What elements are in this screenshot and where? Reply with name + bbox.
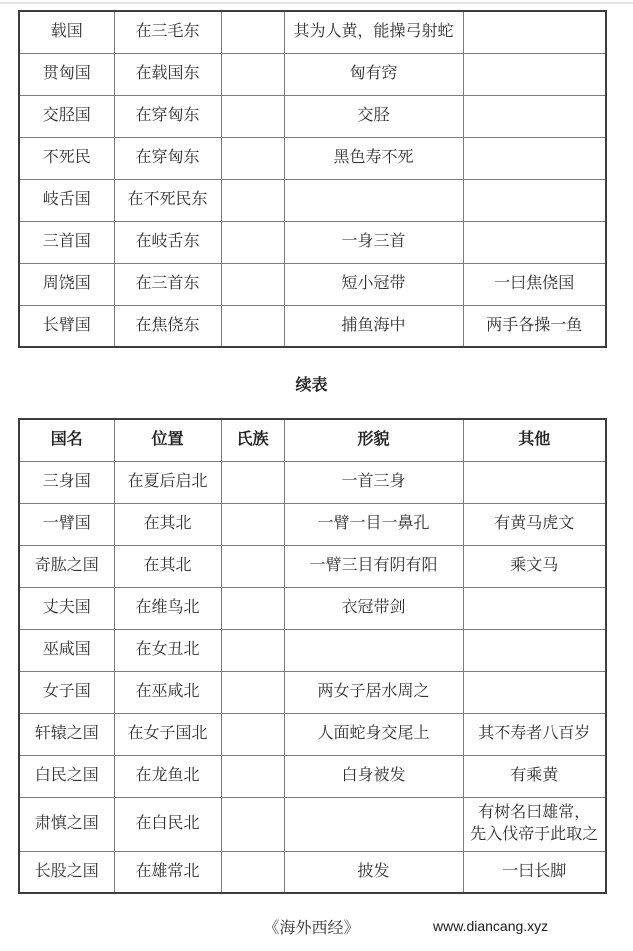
cell-appearance: 衣冠带剑 xyxy=(284,587,463,629)
cell-clan xyxy=(221,851,284,893)
table-row: 肃慎之国 在白民北 有树名曰雄常， 先入伐帝于此取之 xyxy=(19,797,606,851)
cell-other xyxy=(463,137,606,179)
table-row: 三身国 在夏后启北 一首三身 xyxy=(19,461,606,503)
cell-location: 在巫咸北 xyxy=(114,671,221,713)
cell-country-name: 贯匈国 xyxy=(19,53,114,95)
cell-other: 一曰焦侥国 xyxy=(463,263,606,305)
cell-clan xyxy=(221,587,284,629)
cell-appearance: 披发 xyxy=(284,851,463,893)
table-row: 贯匈国 在载国东 匈有窍 xyxy=(19,53,606,95)
cell-location: 在女丑北 xyxy=(114,629,221,671)
cell-other: 一曰长脚 xyxy=(463,851,606,893)
page-top-divider xyxy=(0,2,633,4)
cell-location: 在三毛东 xyxy=(114,11,221,53)
col-header-clan: 氏族 xyxy=(221,419,284,461)
table-row: 交胫国 在穿匈东 交胫 xyxy=(19,95,606,137)
cell-other xyxy=(463,95,606,137)
cell-country-name: 交胫国 xyxy=(19,95,114,137)
table-row: 岐舌国 在不死民东 xyxy=(19,179,606,221)
table-row: 女子国 在巫咸北 两女子居水周之 xyxy=(19,671,606,713)
cell-appearance: 黑色寿不死 xyxy=(284,137,463,179)
cell-country-name: 三首国 xyxy=(19,221,114,263)
cell-appearance xyxy=(284,797,463,851)
cell-clan xyxy=(221,53,284,95)
cell-other: 其不寿者八百岁 xyxy=(463,713,606,755)
cell-clan xyxy=(221,179,284,221)
cell-country-name: 丈夫国 xyxy=(19,587,114,629)
cell-location: 在维鸟北 xyxy=(114,587,221,629)
cell-other xyxy=(463,671,606,713)
cell-clan xyxy=(221,503,284,545)
cell-appearance: 一首三身 xyxy=(284,461,463,503)
cell-appearance: 白身被发 xyxy=(284,755,463,797)
book-page: 载国 在三毛东 其为人黄，能操弓射蛇 贯匈国 在载国东 匈有窍 交胫国 在穿匈东… xyxy=(0,0,633,951)
cell-clan xyxy=(221,545,284,587)
col-header-other: 其他 xyxy=(463,419,606,461)
table-row: 周饶国 在三首东 短小冠带 一曰焦侥国 xyxy=(19,263,606,305)
table-row: 白民之国 在龙鱼北 白身被发 有乘黄 xyxy=(19,755,606,797)
col-header-location: 位置 xyxy=(114,419,221,461)
cell-country-name: 岐舌国 xyxy=(19,179,114,221)
cell-location: 在三首东 xyxy=(114,263,221,305)
cell-clan xyxy=(221,11,284,53)
cell-location: 在穿匈东 xyxy=(114,137,221,179)
website-watermark: www.diancang.xyz xyxy=(433,918,548,934)
cell-location: 在焦侥东 xyxy=(114,305,221,347)
cell-location: 在岐舌东 xyxy=(114,221,221,263)
cell-clan xyxy=(221,95,284,137)
cell-appearance: 人面蛇身交尾上 xyxy=(284,713,463,755)
cell-country-name: 长臂国 xyxy=(19,305,114,347)
cell-location: 在载国东 xyxy=(114,53,221,95)
cell-country-name: 白民之国 xyxy=(19,755,114,797)
cell-appearance: 捕鱼海中 xyxy=(284,305,463,347)
cell-location: 在夏后启北 xyxy=(114,461,221,503)
cell-other: 有树名曰雄常， 先入伐帝于此取之 xyxy=(463,797,606,851)
cell-country-name: 女子国 xyxy=(19,671,114,713)
table-row: 长股之国 在雄常北 披发 一曰长脚 xyxy=(19,851,606,893)
table-row: 丈夫国 在维鸟北 衣冠带剑 xyxy=(19,587,606,629)
cell-country-name: 长股之国 xyxy=(19,851,114,893)
cell-other: 有乘黄 xyxy=(463,755,606,797)
cell-clan xyxy=(221,755,284,797)
cell-clan xyxy=(221,629,284,671)
cell-location: 在龙鱼北 xyxy=(114,755,221,797)
cell-location: 在女子国北 xyxy=(114,713,221,755)
table-row: 巫咸国 在女丑北 xyxy=(19,629,606,671)
cell-country-name: 轩辕之国 xyxy=(19,713,114,755)
continued-table-label: 续表 xyxy=(18,372,605,395)
table-row: 轩辕之国 在女子国北 人面蛇身交尾上 其不寿者八百岁 xyxy=(19,713,606,755)
cell-country-name: 载国 xyxy=(19,11,114,53)
cell-other xyxy=(463,629,606,671)
cell-other xyxy=(463,461,606,503)
cell-appearance: 一身三首 xyxy=(284,221,463,263)
table-row: 一臂国 在其北 一臂一目一鼻孔 有黄马虎文 xyxy=(19,503,606,545)
cell-country-name: 奇肱之国 xyxy=(19,545,114,587)
cell-country-name: 不死民 xyxy=(19,137,114,179)
cell-appearance: 一臂三目有阴有阳 xyxy=(284,545,463,587)
cell-other xyxy=(463,53,606,95)
cell-appearance: 其为人黄，能操弓射蛇 xyxy=(284,11,463,53)
cell-other xyxy=(463,221,606,263)
cell-location: 在不死民东 xyxy=(114,179,221,221)
cell-clan xyxy=(221,221,284,263)
cell-appearance: 短小冠带 xyxy=(284,263,463,305)
cell-appearance xyxy=(284,179,463,221)
cell-clan xyxy=(221,797,284,851)
cell-country-name: 三身国 xyxy=(19,461,114,503)
table-row: 载国 在三毛东 其为人黄，能操弓射蛇 xyxy=(19,11,606,53)
cell-clan xyxy=(221,137,284,179)
cell-location: 在其北 xyxy=(114,503,221,545)
cell-other: 两手各操一鱼 xyxy=(463,305,606,347)
cell-appearance: 匈有窍 xyxy=(284,53,463,95)
cell-appearance: 两女子居水周之 xyxy=(284,671,463,713)
countries-table-continued: 国名 位置 氏族 形貌 其他 三身国 在夏后启北 一首三身 一臂国 在其北 一臂… xyxy=(18,418,607,894)
cell-other: 乘文马 xyxy=(463,545,606,587)
cell-other: 有黄马虎文 xyxy=(463,503,606,545)
cell-location: 在雄常北 xyxy=(114,851,221,893)
cell-appearance xyxy=(284,629,463,671)
cell-country-name: 一臂国 xyxy=(19,503,114,545)
cell-clan xyxy=(221,263,284,305)
cell-location: 在其北 xyxy=(114,545,221,587)
cell-clan xyxy=(221,305,284,347)
header-row: 国名 位置 氏族 形貌 其他 xyxy=(19,419,606,461)
cell-appearance: 交胫 xyxy=(284,95,463,137)
cell-clan xyxy=(221,713,284,755)
cell-other xyxy=(463,11,606,53)
col-header-country-name: 国名 xyxy=(19,419,114,461)
table-row: 长臂国 在焦侥东 捕鱼海中 两手各操一鱼 xyxy=(19,305,606,347)
table-row: 奇肱之国 在其北 一臂三目有阴有阳 乘文马 xyxy=(19,545,606,587)
cell-other xyxy=(463,587,606,629)
col-header-appearance: 形貌 xyxy=(284,419,463,461)
cell-other xyxy=(463,179,606,221)
cell-country-name: 周饶国 xyxy=(19,263,114,305)
cell-country-name: 肃慎之国 xyxy=(19,797,114,851)
countries-table-first: 载国 在三毛东 其为人黄，能操弓射蛇 贯匈国 在载国东 匈有窍 交胫国 在穿匈东… xyxy=(18,10,607,348)
table-row: 三首国 在岐舌东 一身三首 xyxy=(19,221,606,263)
cell-clan xyxy=(221,671,284,713)
table-row: 不死民 在穿匈东 黑色寿不死 xyxy=(19,137,606,179)
cell-country-name: 巫咸国 xyxy=(19,629,114,671)
cell-appearance: 一臂一目一鼻孔 xyxy=(284,503,463,545)
cell-clan xyxy=(221,461,284,503)
cell-location: 在穿匈东 xyxy=(114,95,221,137)
cell-location: 在白民北 xyxy=(114,797,221,851)
